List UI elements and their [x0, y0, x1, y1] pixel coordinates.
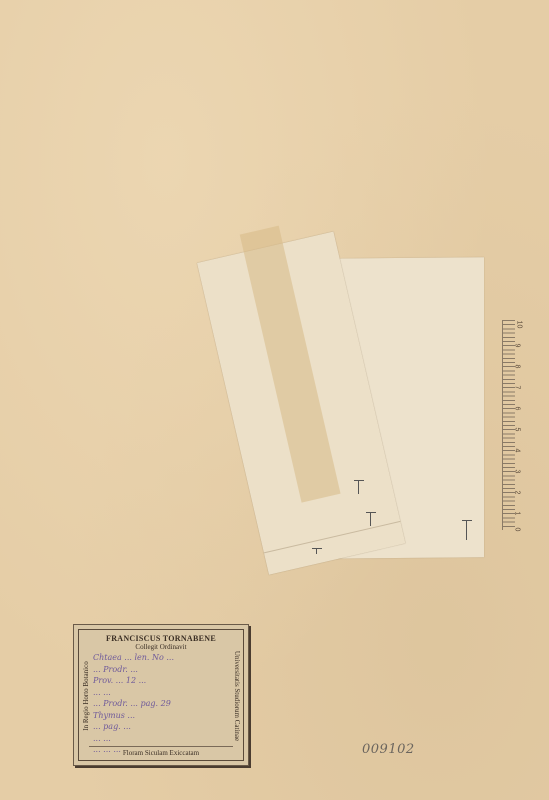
ruler-label: 7 [513, 386, 520, 390]
label-subtitle: Collegit Ordinavit [79, 643, 243, 651]
staple-icon [358, 480, 359, 494]
label-left-text: In Regio Horto Botanico [82, 637, 90, 755]
handwritten-line: ... ... [93, 687, 233, 699]
handwritten-line: Chtaea ... len. No ... [93, 652, 233, 664]
handwritten-line: ... ... [93, 733, 233, 745]
handwritten-notes: Chtaea ... len. No ... ... Prodr. ... Pr… [93, 652, 233, 756]
staple-icon [466, 520, 467, 540]
ruler-label: 0 [513, 528, 520, 532]
staple-icon [316, 548, 317, 554]
label-divider [89, 746, 233, 747]
handwritten-line: ... Prodr. ... [93, 664, 233, 676]
herbarium-sheet: 10 9 8 7 6 5 4 3 2 1 0 FRANCISCUS TORNAB… [0, 0, 549, 800]
ruler-label: 2 [513, 491, 520, 495]
ruler-label: 8 [513, 365, 520, 369]
ruler-ticks [502, 320, 515, 530]
handwritten-line: Thymus ... [93, 710, 233, 722]
label-footer: Floram Siculam Exiccatam [79, 749, 243, 757]
ruler-label: 9 [513, 344, 520, 348]
packet-tape [240, 226, 341, 503]
handwritten-line: ... pag. ... [93, 721, 233, 733]
ruler-label: 3 [513, 470, 520, 474]
handwritten-line: Prov. ... 12 ... [93, 675, 233, 687]
ruler-label: 5 [513, 428, 520, 432]
handwritten-line: ... Prodr. ... pag. 29 [93, 698, 233, 710]
accession-number: 009102 [362, 742, 415, 757]
ruler-label: 10 [515, 321, 522, 329]
herbarium-label: FRANCISCUS TORNABENE Collegit Ordinavit … [73, 624, 249, 766]
ruler-label: 6 [513, 407, 520, 411]
staple-icon [370, 512, 371, 526]
ruler-label: 1 [513, 512, 520, 516]
label-collector: FRANCISCUS TORNABENE [79, 634, 243, 643]
packet-fold-line [264, 521, 401, 553]
label-border: FRANCISCUS TORNABENE Collegit Ordinavit … [78, 629, 244, 761]
scale-ruler: 10 9 8 7 6 5 4 3 2 1 0 [502, 320, 524, 532]
ruler-label: 4 [513, 449, 520, 453]
label-right-text: Universitatis Studiorum Catinae [233, 634, 241, 758]
